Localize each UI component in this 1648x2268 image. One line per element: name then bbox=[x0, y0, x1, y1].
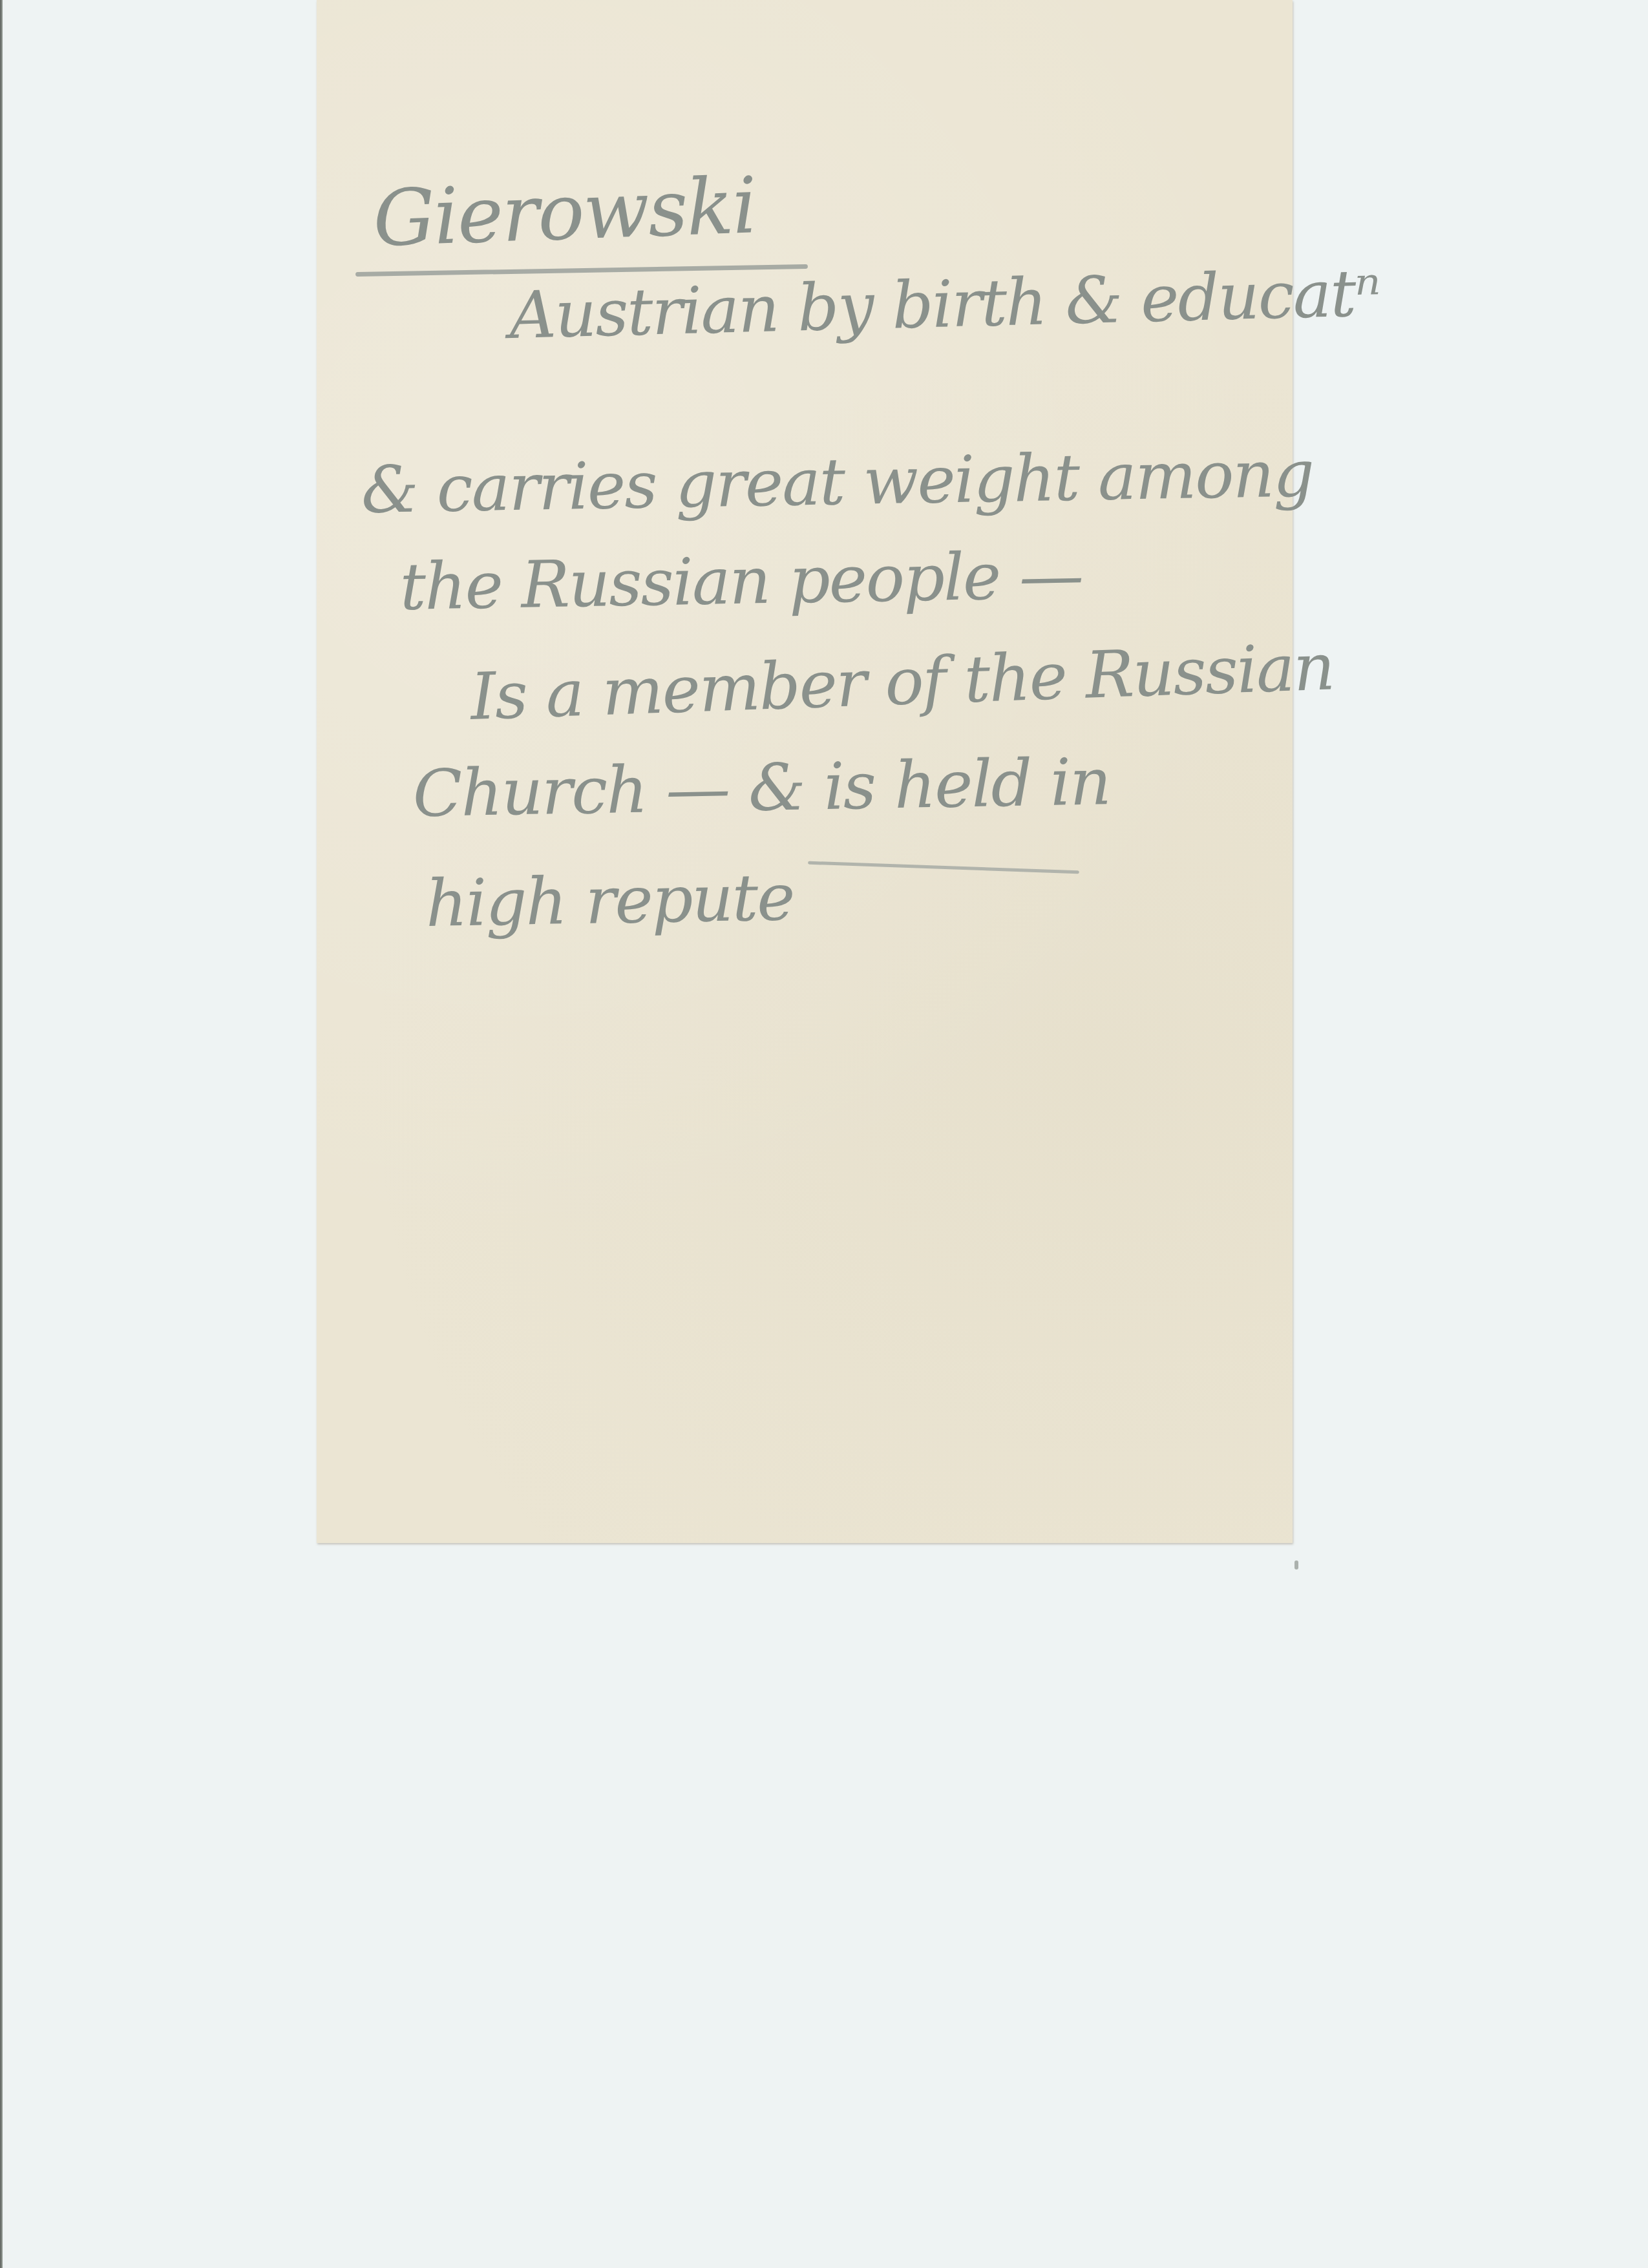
scanner-edge bbox=[0, 0, 3, 2268]
note-line-6: high repute bbox=[425, 859, 794, 941]
note-line-3: the Russian people — bbox=[399, 538, 1083, 625]
scan-speck bbox=[1294, 1560, 1298, 1570]
note-heading: Gierowski bbox=[372, 161, 757, 264]
note-line-4: Is a member of the Russian bbox=[469, 629, 1335, 735]
note-line-2: & carries great weight among bbox=[361, 436, 1314, 528]
note-line-5: Church — & is held in bbox=[412, 744, 1111, 832]
note-paper: Gierowski Austrian by birth & educatⁿ & … bbox=[317, 0, 1293, 1543]
pencil-stroke bbox=[808, 861, 1079, 874]
